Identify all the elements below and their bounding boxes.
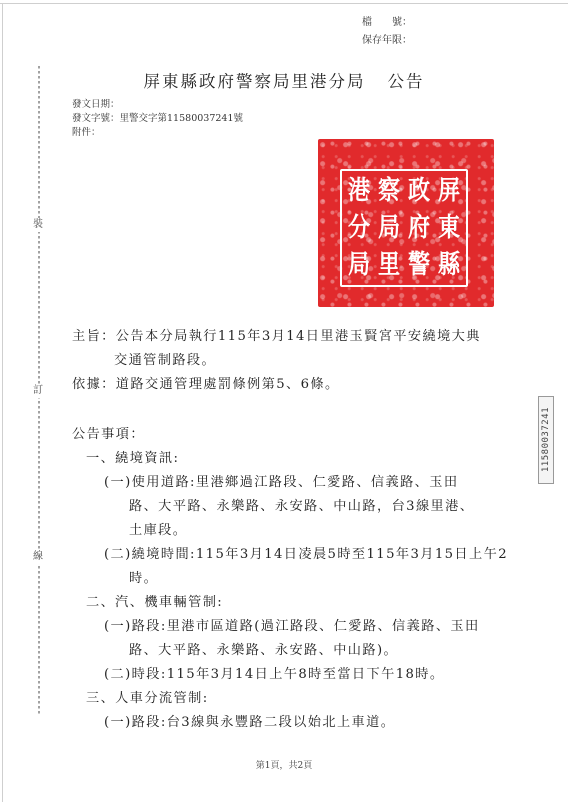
issue-number-label: 發文字號： xyxy=(72,113,120,124)
page-border-top xyxy=(0,3,568,4)
issue-info: 發文日期： 發文字號：里警交字第11580037241號 附件： xyxy=(72,98,243,140)
subject-line-2: 交通管制路段。 xyxy=(114,349,216,368)
subject-line-1: 主旨：公告本分局執行115年3月14日里港玉賢宮平安繞境大典 xyxy=(72,325,481,344)
seal-char: 里 xyxy=(378,247,400,283)
subject-label: 主旨： xyxy=(72,329,116,344)
seal-char: 察 xyxy=(378,173,400,209)
seal-column: 屏 東 縣 xyxy=(438,173,460,283)
section-line: 土庫段。 xyxy=(129,519,187,538)
page-number: 第1頁，共2頁 xyxy=(0,758,568,771)
seal-char: 警 xyxy=(408,247,430,283)
binding-mark-ding: 訂 xyxy=(33,384,43,398)
seal-inner-frame: 屏 東 縣 政 府 警 察 局 里 港 分 局 xyxy=(340,169,468,287)
document-type: 公告 xyxy=(388,72,425,91)
file-number-label: 檔 號： xyxy=(362,14,412,32)
binding-mark-xian: 線 xyxy=(33,550,43,564)
seal-char: 分 xyxy=(348,210,370,246)
seal-char: 府 xyxy=(408,210,430,246)
seal-char: 東 xyxy=(438,210,460,246)
barcode-text: 11580037241 xyxy=(541,407,551,472)
binding-mark-zhuang: 裝 xyxy=(33,218,43,232)
seal-char: 屏 xyxy=(438,173,460,209)
agency-name: 屏東縣政府警察局里港分局 xyxy=(144,72,366,91)
archive-meta: 檔 號： 保存年限： xyxy=(362,14,412,50)
document-barcode: 11580037241 xyxy=(538,396,554,484)
section-heading: 二、汽、機車輛管制: xyxy=(86,591,223,610)
seal-column: 政 府 警 xyxy=(408,173,430,283)
issue-number-value: 里警交字第11580037241號 xyxy=(120,113,244,124)
section-heading: 一、繞境資訊: xyxy=(86,447,179,466)
page-border-left xyxy=(2,3,3,802)
seal-char: 局 xyxy=(348,247,370,283)
seal-char: 縣 xyxy=(438,247,460,283)
seal-column: 港 分 局 xyxy=(348,173,370,283)
issue-number-row: 發文字號：里警交字第11580037241號 xyxy=(72,112,243,126)
section-line: (一)使用道路:里港鄉過江路段、仁愛路、信義路、玉田 xyxy=(104,471,458,490)
section-heading: 三、人車分流管制: xyxy=(86,687,209,706)
seal-char: 政 xyxy=(408,173,430,209)
section-line: 路、大平路、永樂路、永安路、中山路)。 xyxy=(129,639,398,658)
attachment-label: 附件： xyxy=(72,126,243,140)
section-line: (一)路段:里港市區道路(過江路段、仁愛路、信義路、玉田 xyxy=(104,615,480,634)
basis-label: 依據： xyxy=(72,377,116,392)
section-line: 時。 xyxy=(129,567,158,586)
basis-line: 依據：道路交通管理處罰條例第5、6條。 xyxy=(72,373,340,392)
section-line: (二)繞境時間:115年3月14日凌晨5時至115年3月15日上午2 xyxy=(104,543,508,562)
items-heading: 公告事項： xyxy=(72,423,145,442)
basis-text: 道路交通管理處罰條例第5、6條。 xyxy=(116,377,340,392)
retention-period-label: 保存年限： xyxy=(362,32,412,50)
section-line: (二)時段:115年3月14日上午8時至當日下午18時。 xyxy=(104,663,444,682)
issue-date-label: 發文日期： xyxy=(72,98,243,112)
section-line: (一)路段:台3線與永豐路二段以始北上車道。 xyxy=(104,711,395,730)
seal-char: 港 xyxy=(348,173,370,209)
official-seal: 屏 東 縣 政 府 警 察 局 里 港 分 局 xyxy=(318,139,494,307)
seal-column: 察 局 里 xyxy=(378,173,400,283)
section-line: 路、大平路、永樂路、永安路、中山路，台3線里港、 xyxy=(129,495,474,514)
document-title: 屏東縣政府警察局里港分局公告 xyxy=(0,68,568,92)
seal-char: 局 xyxy=(378,210,400,246)
subject-text: 公告本分局執行115年3月14日里港玉賢宮平安繞境大典 xyxy=(116,329,481,344)
